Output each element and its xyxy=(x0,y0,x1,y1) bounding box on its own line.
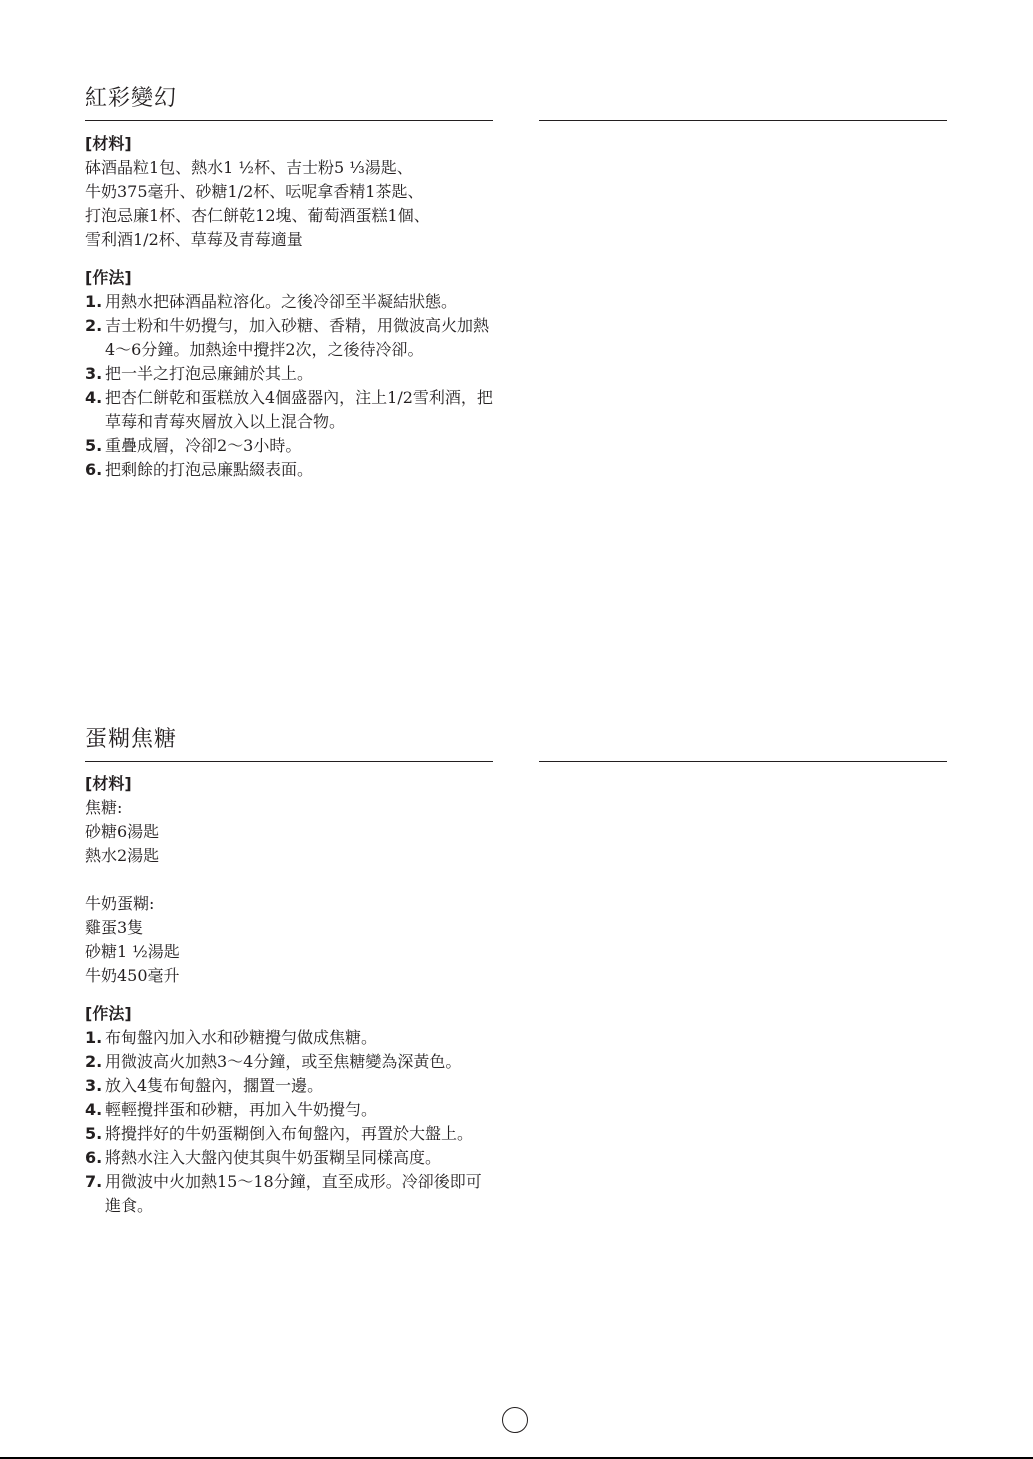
ingredients-list: 砵酒晶粒1包、熱水1 ½杯、吉士粉5 ⅓湯匙、 牛奶375毫升、砂糖1/2杯、呍… xyxy=(85,156,495,252)
recipe-1: 紅彩變幻 xyxy=(85,84,495,114)
step-number: 1. xyxy=(85,1026,105,1050)
step-text: 將熱水注入大盤內使其與牛奶蛋糊呈同樣高度。 xyxy=(105,1146,495,1170)
ingredients-heading: [材料] xyxy=(85,772,495,796)
ingredients-line: 砂糖1 ½湯匙 xyxy=(85,940,495,964)
method-step: 5. 重疊成層，冷卻2～3小時。 xyxy=(85,434,495,458)
ingredients-line: 雞蛋3隻 xyxy=(85,916,495,940)
step-number: 3. xyxy=(85,362,105,386)
step-number: 2. xyxy=(85,1050,105,1074)
method-step: 3. 把一半之打泡忌廉鋪於其上。 xyxy=(85,362,495,386)
step-text: 將攪拌好的牛奶蛋糊倒入布甸盤內，再置於大盤上。 xyxy=(105,1122,495,1146)
step-text: 放入4隻布甸盤內，擱置一邊。 xyxy=(105,1074,495,1098)
method-step: 3. 放入4隻布甸盤內，擱置一邊。 xyxy=(85,1074,495,1098)
method-heading: [作法] xyxy=(85,1002,495,1026)
ingredients-line: 熱水2湯匙 xyxy=(85,844,495,868)
step-number: 6. xyxy=(85,1146,105,1170)
method-step: 2. 用微波高火加熱3～4分鐘，或至焦糖變為深黃色。 xyxy=(85,1050,495,1074)
ingredients-subheading: 焦糖: xyxy=(85,796,495,820)
step-text: 重疊成層，冷卻2～3小時。 xyxy=(105,434,495,458)
ingredients-line: 砂糖6湯匙 xyxy=(85,820,495,844)
recipe-1-body: [材料] 砵酒晶粒1包、熱水1 ½杯、吉士粉5 ⅓湯匙、 牛奶375毫升、砂糖1… xyxy=(85,132,495,482)
method-step: 4. 把杏仁餅乾和蛋糕放入4個盛器內，注上1/2雪利酒，把草莓和青莓夾層放入以上… xyxy=(85,386,495,434)
title-rule-left xyxy=(85,120,493,121)
method-step: 6. 將熱水注入大盤內使其與牛奶蛋糊呈同樣高度。 xyxy=(85,1146,495,1170)
step-text: 把杏仁餅乾和蛋糕放入4個盛器內，注上1/2雪利酒，把草莓和青莓夾層放入以上混合物… xyxy=(105,386,495,434)
step-number: 1. xyxy=(85,290,105,314)
step-text: 用微波中火加熱15～18分鐘，直至成形。冷卻後即可進食。 xyxy=(105,1170,495,1218)
method-step: 1. 布甸盤內加入水和砂糖攪勻做成焦糖。 xyxy=(85,1026,495,1050)
step-text: 把剩餘的打泡忌廉點綴表面。 xyxy=(105,458,495,482)
step-text: 用熱水把砵酒晶粒溶化。之後冷卻至半凝結狀態。 xyxy=(105,290,495,314)
step-number: 5. xyxy=(85,1122,105,1146)
recipe-title: 蛋糊焦糖 xyxy=(85,725,495,755)
step-number: 2. xyxy=(85,314,105,362)
ingredients-line: 砵酒晶粒1包、熱水1 ½杯、吉士粉5 ⅓湯匙、 xyxy=(85,156,495,180)
title-rule-left xyxy=(85,761,493,762)
recipe-2: 蛋糊焦糖 xyxy=(85,725,495,755)
step-text: 用微波高火加熱3～4分鐘，或至焦糖變為深黃色。 xyxy=(105,1050,495,1074)
ingredients-line: 牛奶375毫升、砂糖1/2杯、呍呢拿香精1茶匙、 xyxy=(85,180,495,204)
step-text: 布甸盤內加入水和砂糖攪勻做成焦糖。 xyxy=(105,1026,495,1050)
title-rule-right xyxy=(539,761,947,762)
spacer xyxy=(85,868,495,892)
step-number: 6. xyxy=(85,458,105,482)
ingredients-subheading: 牛奶蛋糊: xyxy=(85,892,495,916)
ingredients-line: 打泡忌廉1杯、杏仁餅乾12塊、葡萄酒蛋糕1個、 xyxy=(85,204,495,228)
step-number: 4. xyxy=(85,386,105,434)
method-step: 6. 把剩餘的打泡忌廉點綴表面。 xyxy=(85,458,495,482)
title-rule-right xyxy=(539,120,947,121)
step-number: 7. xyxy=(85,1170,105,1218)
step-text: 吉士粉和牛奶攪勻，加入砂糖、香精，用微波高火加熱4～6分鐘。加熱途中攪拌2次，之… xyxy=(105,314,495,362)
ingredients-line: 雪利酒1/2杯、草莓及青莓適量 xyxy=(85,228,495,252)
ingredients-line: 牛奶450毫升 xyxy=(85,964,495,988)
step-number: 5. xyxy=(85,434,105,458)
step-number: 4. xyxy=(85,1098,105,1122)
method-step: 4. 輕輕攪拌蛋和砂糖，再加入牛奶攪勻。 xyxy=(85,1098,495,1122)
step-text: 把一半之打泡忌廉鋪於其上。 xyxy=(105,362,495,386)
method-step: 2. 吉士粉和牛奶攪勻，加入砂糖、香精，用微波高火加熱4～6分鐘。加熱途中攪拌2… xyxy=(85,314,495,362)
recipe-title: 紅彩變幻 xyxy=(85,84,495,114)
ingredients-list: 焦糖: 砂糖6湯匙 熱水2湯匙 牛奶蛋糊: 雞蛋3隻 砂糖1 ½湯匙 牛奶450… xyxy=(85,796,495,988)
ingredients-heading: [材料] xyxy=(85,132,495,156)
step-text: 輕輕攪拌蛋和砂糖，再加入牛奶攪勻。 xyxy=(105,1098,495,1122)
method-step: 7. 用微波中火加熱15～18分鐘，直至成形。冷卻後即可進食。 xyxy=(85,1170,495,1218)
method-step: 5. 將攪拌好的牛奶蛋糊倒入布甸盤內，再置於大盤上。 xyxy=(85,1122,495,1146)
method-step: 1. 用熱水把砵酒晶粒溶化。之後冷卻至半凝結狀態。 xyxy=(85,290,495,314)
method-steps: 1. 用熱水把砵酒晶粒溶化。之後冷卻至半凝結狀態。 2. 吉士粉和牛奶攪勻，加入… xyxy=(85,290,495,482)
step-number: 3. xyxy=(85,1074,105,1098)
method-steps: 1. 布甸盤內加入水和砂糖攪勻做成焦糖。 2. 用微波高火加熱3～4分鐘，或至焦… xyxy=(85,1026,495,1218)
method-heading: [作法] xyxy=(85,266,495,290)
page-number-circle-icon xyxy=(502,1407,528,1433)
recipe-2-body: [材料] 焦糖: 砂糖6湯匙 熱水2湯匙 牛奶蛋糊: 雞蛋3隻 砂糖1 ½湯匙 … xyxy=(85,772,495,1218)
